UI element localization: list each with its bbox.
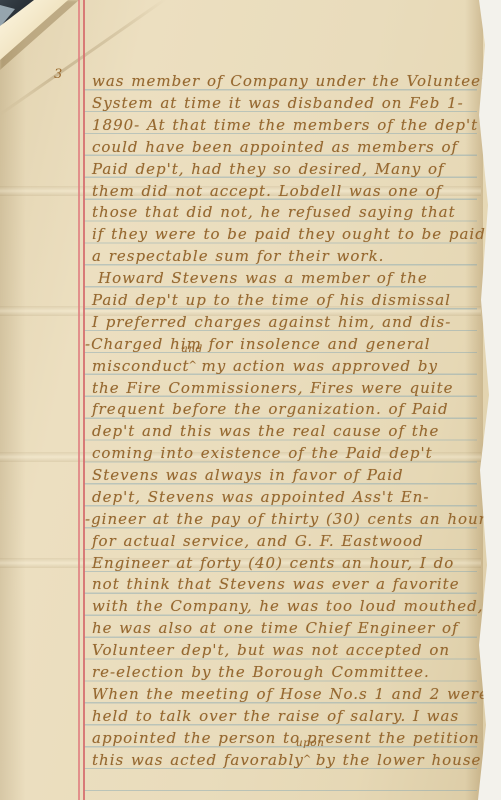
manuscript-line: misconductand^my action was approved by <box>92 357 478 379</box>
manuscript-line: he was also at one time Chief Engineer o… <box>92 619 478 641</box>
caret-mark: ^ <box>189 360 198 371</box>
manuscript-line: with the Company, he was too loud mouthe… <box>92 597 478 619</box>
caret-mark: ^ <box>303 754 312 765</box>
scanned-document: 3 was member of Company under the Volunt… <box>0 0 501 800</box>
manuscript-line: -gineer at the pay of thirty (30) cents … <box>85 510 471 532</box>
manuscript-line: appointed the person to present the peti… <box>92 729 478 751</box>
manuscript-page: 3 was member of Company under the Volunt… <box>0 0 501 800</box>
manuscript-line: could have been appointed as members of <box>92 138 478 160</box>
red-margin-line <box>78 0 80 800</box>
manuscript-line: Paid dep't up to the time of his dismiss… <box>92 291 478 313</box>
manuscript-line: When the meeting of Hose No.s 1 and 2 we… <box>92 685 478 707</box>
manuscript-line: this was acted favorablyupon^by the lowe… <box>92 751 478 773</box>
manuscript-line: I preferred charges against him, and dis… <box>92 313 478 335</box>
manuscript-line: Engineer at forty (40) cents an hour, I … <box>92 554 478 576</box>
manuscript-line: dep't and this was the real cause of the <box>92 422 478 444</box>
manuscript-line: coming into existence of the Paid dep't <box>92 444 478 466</box>
red-margin-line <box>83 0 85 800</box>
manuscript-line: Paid dep't, had they so desired, Many of <box>92 160 478 182</box>
manuscript-line: -Charged him for insolence and general <box>85 335 471 357</box>
manuscript-line: Stevens was always in favor of Paid <box>92 466 478 488</box>
manuscript-line: Volunteer dep't, but was not accepted on <box>92 641 478 663</box>
interline-insertion: upon^ <box>304 751 316 765</box>
manuscript-line: them did not accept. Lobdell was one of <box>92 182 478 204</box>
manuscript-line: Howard Stevens was a member of the <box>98 269 484 291</box>
manuscript-line: for actual service, and G. F. Eastwood <box>92 532 478 554</box>
manuscript-line: was member of Company under the Voluntee… <box>92 72 478 94</box>
left-edge-shading <box>0 0 26 800</box>
manuscript-line: not think that Stevens was ever a favori… <box>92 575 478 597</box>
manuscript-line: if they were to be paid they ought to be… <box>92 225 478 247</box>
manuscript-line: held to talk over the raise of salary. I… <box>92 707 478 729</box>
page-number: 3 <box>54 67 63 82</box>
manuscript-line: a respectable sum for their work. <box>92 247 478 269</box>
manuscript-line: those that did not, he refused saying th… <box>92 203 478 225</box>
manuscript-line: re-election by the Borough Committee. <box>92 663 478 685</box>
interline-insertion: and^ <box>190 357 202 371</box>
manuscript-line: frequent before the organization. of Pai… <box>92 400 478 422</box>
manuscript-line: the Fire Commissioners, Fires were quite <box>92 379 478 401</box>
manuscript-line: 1890- At that time the members of the de… <box>92 116 478 138</box>
manuscript-line: dep't, Stevens was appointed Ass't En- <box>92 488 478 510</box>
manuscript-line: System at time it was disbanded on Feb 1… <box>92 94 478 116</box>
